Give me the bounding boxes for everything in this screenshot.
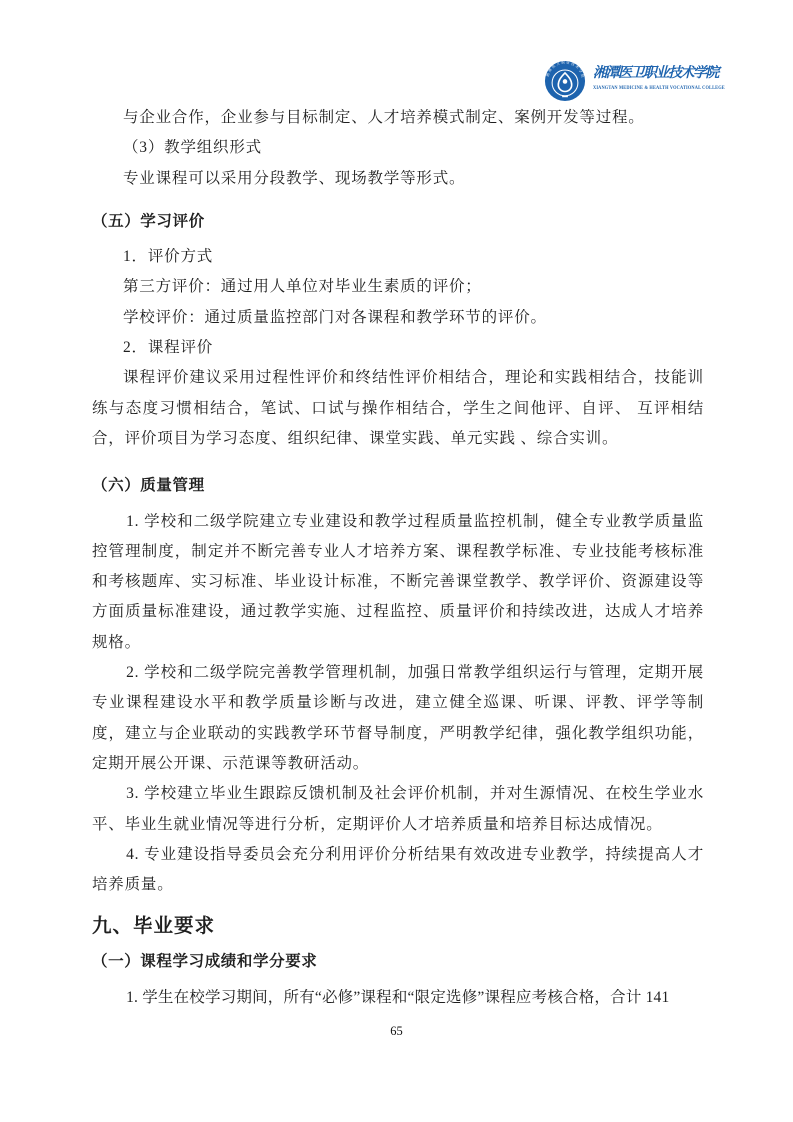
paragraph: 2. 学校和二级学院完善教学管理机制，加强日常教学组织运行与管理，定期开展专业课…: [92, 658, 704, 779]
paragraph: （3）教学组织形式: [92, 133, 704, 163]
section-heading: （六）质量管理: [92, 471, 704, 501]
paragraph: 1. 学校和二级学院建立专业建设和教学过程质量监控机制，健全专业教学质量监控管理…: [92, 507, 704, 658]
section-heading: （五）学习评价: [92, 207, 704, 237]
paragraph: 3. 学校建立毕业生跟踪反馈机制及社会评价机制，并对生源情况、在校生学业水平、毕…: [92, 779, 704, 840]
college-name-zh: 湘潭医卫职业技术学院: [593, 64, 750, 84]
paragraph: 学校评价：通过质量监控部门对各课程和教学环节的评价。: [92, 303, 704, 333]
chapter-heading: 九、毕业要求: [92, 910, 704, 944]
paragraph: 1. 学生在校学习期间，所有“必修”课程和“限定选修”课程应考核合格，合计 14…: [92, 983, 704, 1013]
paragraph: 课程评价建议采用过程性评价和终结性评价相结合，理论和实践相结合，技能训练与态度习…: [92, 363, 704, 454]
paragraph: 1．评价方式: [92, 242, 704, 272]
document-content: 与企业合作，企业参与目标制定、人才培养模式制定、案例开发等过程。 （3）教学组织…: [92, 103, 704, 1013]
paragraph: 与企业合作，企业参与目标制定、人才培养模式制定、案例开发等过程。: [92, 103, 704, 133]
paragraph: 专业课程可以采用分段教学、现场教学等形式。: [92, 164, 704, 194]
header-logo: 湘潭医卫职业技术学院 湘潭医卫职业技术学院 XIANGTAN MEDICINE …: [544, 60, 750, 102]
college-emblem-icon: 湘潭医卫职业技术学院: [544, 60, 586, 102]
section-heading: （一）课程学习成绩和学分要求: [92, 947, 704, 977]
college-name-en: XIANGTAN MEDICINE & HEALTH VOCATIONAL CO…: [593, 85, 725, 91]
paragraph: 4. 专业建设指导委员会充分利用评价分析结果有效改进专业教学，持续提高人才培养质…: [92, 840, 704, 901]
paragraph: 第三方评价：通过用人单位对毕业生素质的评价；: [92, 272, 704, 302]
paragraph: 2．课程评价: [92, 333, 704, 363]
college-name-block: 湘潭医卫职业技术学院 XIANGTAN MEDICINE & HEALTH VO…: [593, 60, 750, 91]
page-number: 65: [0, 1024, 793, 1039]
document-page: 湘潭医卫职业技术学院 湘潭医卫职业技术学院 XIANGTAN MEDICINE …: [0, 0, 793, 1122]
